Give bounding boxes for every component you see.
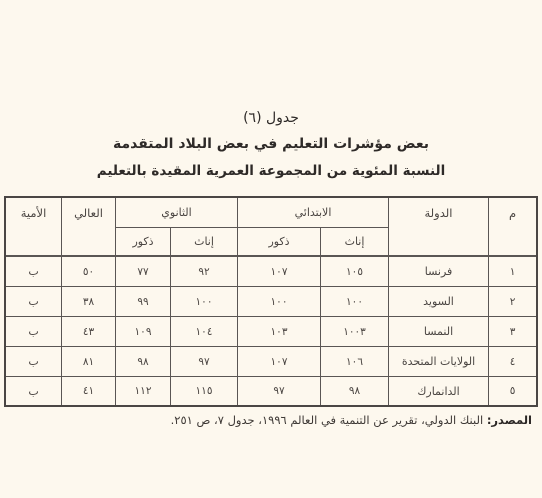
row-primary-females: ١٠٠٣ (321, 317, 388, 346)
row-secondary-males: ١٠٩ (116, 317, 170, 346)
row-higher: ٣٨ (62, 287, 115, 316)
row-primary-males: ٩٧ (238, 377, 320, 405)
row-illiteracy: ب (6, 347, 61, 376)
row-higher: ٤٣ (62, 317, 115, 346)
row-higher: ٨١ (62, 347, 115, 376)
row-index: ١ (489, 257, 536, 286)
row-primary-females: ١٠٦ (321, 347, 388, 376)
row-primary-males: ١٠٣ (238, 317, 320, 346)
row-primary-males: ١٠٠ (238, 287, 320, 316)
row-secondary-females: ٩٢ (171, 257, 237, 286)
row-country: النمسا (389, 317, 488, 346)
row-country: الدانمارك (389, 377, 488, 405)
header-higher: العالي (62, 198, 115, 255)
header-secondary-males: ذكور (116, 228, 170, 255)
education-indicators-table: م الدولة الابتدائي إناث ذكور الثانوي إنا… (4, 196, 538, 407)
row-secondary-females: ٩٧ (171, 347, 237, 376)
table-number: جدول (٦) (0, 110, 542, 126)
row-primary-males: ١٠٧ (238, 347, 320, 376)
source-note: المصدر: البنك الدولي، تقرير عن التنمية ف… (171, 413, 532, 427)
header-illiteracy: الأمية (6, 198, 61, 255)
row-index: ٤ (489, 347, 536, 376)
row-illiteracy: ب (6, 317, 61, 346)
row-secondary-females: ١١٥ (171, 377, 237, 405)
row-secondary-males: ٩٩ (116, 287, 170, 316)
header-secondary: الثانوي (116, 198, 237, 227)
row-secondary-females: ١٠٤ (171, 317, 237, 346)
row-secondary-males: ١١٢ (116, 377, 170, 405)
source-label: المصدر: (487, 413, 532, 427)
row-primary-males: ١٠٧ (238, 257, 320, 286)
row-illiteracy: ب (6, 287, 61, 316)
row-higher: ٤١ (62, 377, 115, 405)
header-secondary-females: إناث (171, 228, 237, 255)
table-subtitle: النسبة المئوية من المجموعة العمرية المقي… (0, 163, 542, 179)
source-text: البنك الدولي، تقرير عن التنمية في العالم… (171, 413, 487, 427)
header-index: م (489, 198, 536, 255)
row-higher: ٥٠ (62, 257, 115, 286)
row-secondary-females: ١٠٠ (171, 287, 237, 316)
header-primary-males: ذكور (238, 228, 320, 255)
header-country: الدولة (389, 198, 488, 255)
row-primary-females: ٩٨ (321, 377, 388, 405)
row-primary-females: ١٠٠ (321, 287, 388, 316)
table-title: بعض مؤشرات التعليم في بعض البلاد المتقدم… (0, 136, 542, 152)
header-primary-females: إناث (321, 228, 388, 255)
row-illiteracy: ب (6, 377, 61, 405)
row-illiteracy: ب (6, 257, 61, 286)
row-index: ٢ (489, 287, 536, 316)
row-country: السويد (389, 287, 488, 316)
row-primary-females: ١٠٥ (321, 257, 388, 286)
row-country: فرنسا (389, 257, 488, 286)
row-country: الولايات المتحدة (389, 347, 488, 376)
row-secondary-males: ٩٨ (116, 347, 170, 376)
header-primary: الابتدائي (238, 198, 388, 227)
row-index: ٣ (489, 317, 536, 346)
row-index: ٥ (489, 377, 536, 405)
row-secondary-males: ٧٧ (116, 257, 170, 286)
